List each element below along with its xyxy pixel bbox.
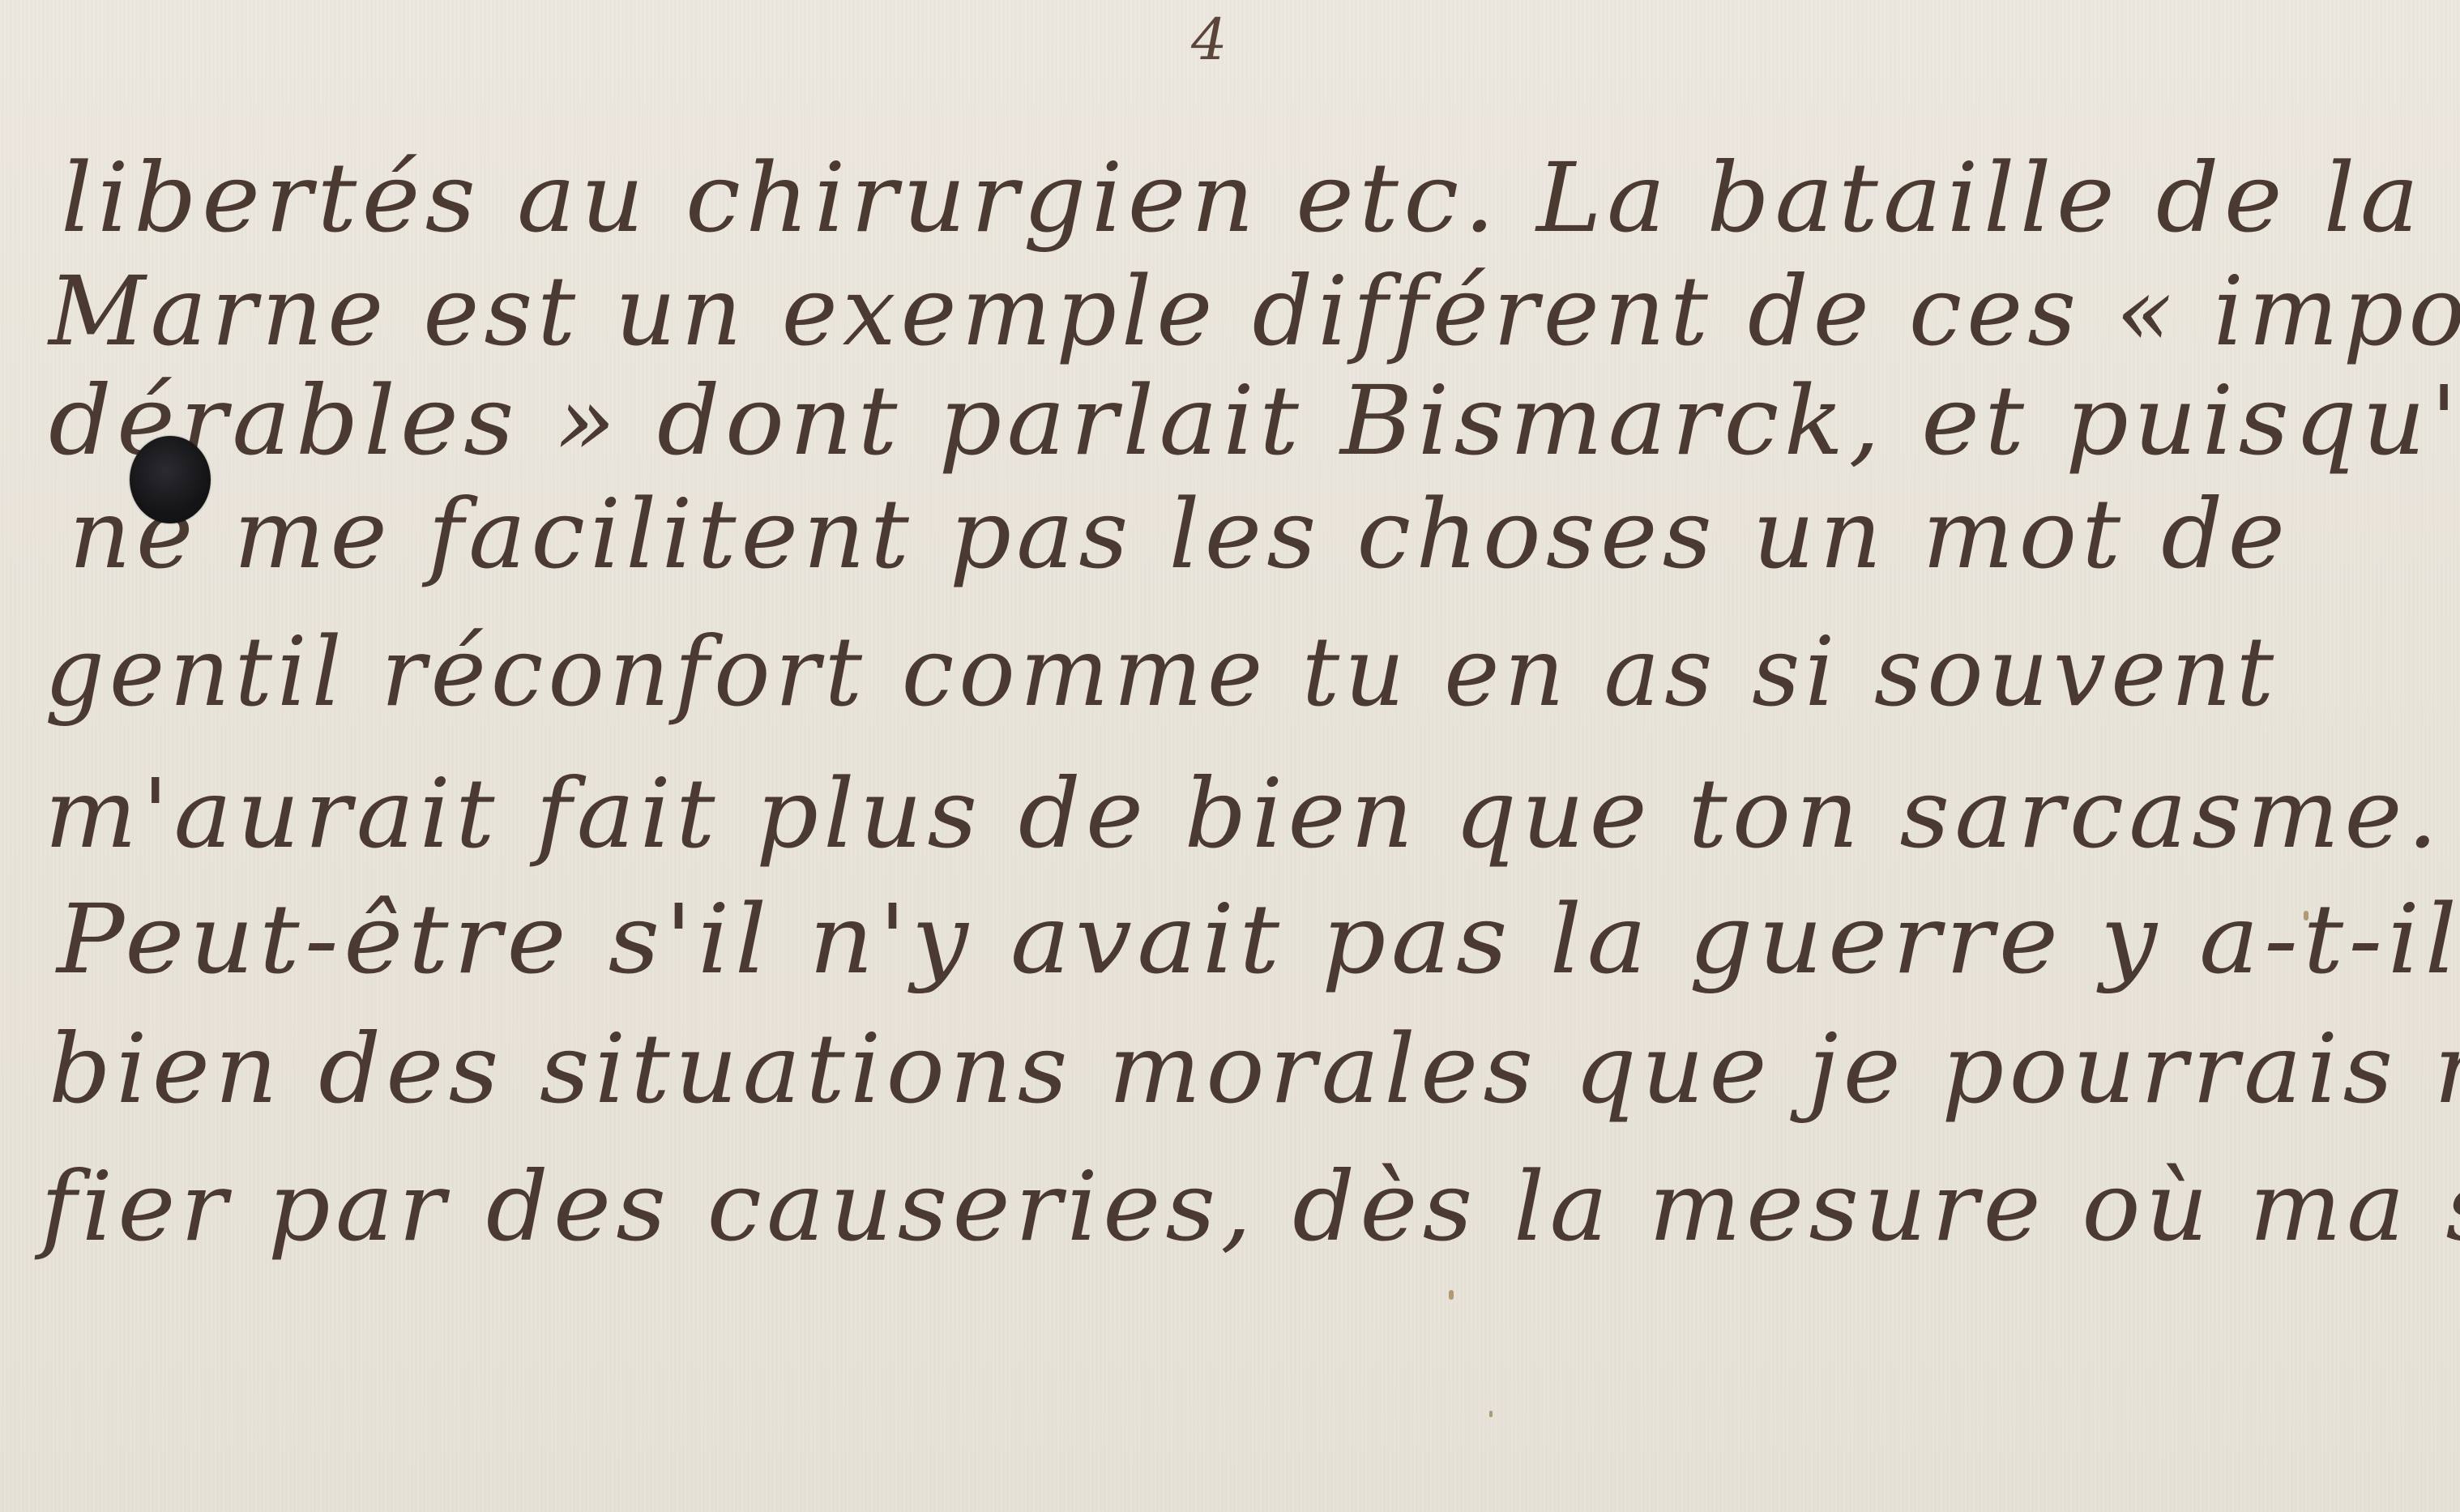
handwritten-line: m'aurait fait plus de bien que ton sarca… [45,758,2443,869]
handwritten-line: ne me facilitent pas les choses un mot d… [69,478,2290,590]
handwritten-line: libertés au chirurgien etc. La bataille … [61,142,2424,254]
handwritten-line: fier par des causeries, dès la mesure où… [41,1151,2460,1262]
handwritten-line: gentil réconfort comme tu en as si souve… [45,616,2278,728]
handwritten-line: Marne est un exemple différent de ces « … [49,255,2460,367]
letter-page: 4 libertés au chirurgien etc. La bataill… [0,0,2460,1512]
handwritten-line: dérables » dont parlait Bismarck, et pui… [49,365,2460,476]
handwritten-line: bien des situations morales que je pourr… [49,1013,2460,1125]
paper-speck [2304,911,2308,920]
handwritten-line: Peut-être s'il n'y avait pas la guerre y… [57,883,2460,995]
paper-speck [1449,1290,1454,1300]
page-number: 4 [1191,6,1228,73]
paper-speck [1489,1411,1493,1417]
ink-blot-dot [130,436,211,523]
